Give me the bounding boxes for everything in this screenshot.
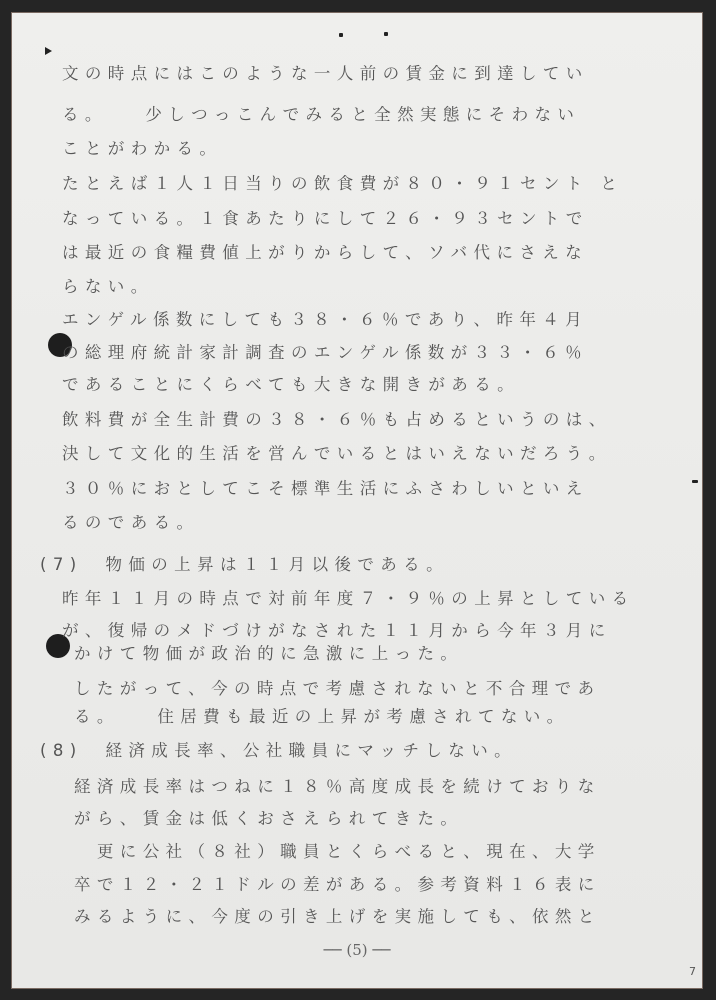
text-line-2: る。 少しつっこんでみると全然実態にそわない xyxy=(62,101,580,125)
corner-mark: 7 xyxy=(689,965,696,978)
text-line-9: の総理府統計家計調査のエンゲル係数が３３・６％ xyxy=(62,339,588,363)
text-line-25: 卒で１２・２１ドルの差がある。参考資料１６表に xyxy=(74,871,601,895)
staple-hole-right xyxy=(384,32,388,36)
text-line-11: 飲料費が全生計費の３８・６％も占めるというのは、 xyxy=(62,406,612,430)
staple-hole-left xyxy=(339,33,343,37)
text-line-18: かけて物価が政治的に急激に上った。 xyxy=(74,640,463,664)
section-heading-7: (7) 物価の上昇は１１月以後である。 xyxy=(40,551,449,575)
text-line-8: エンゲル係数にしても３８・６％であり、昨年４月 xyxy=(62,306,588,330)
text-line-5: なっている。１食あたりにして２６・９３セントで xyxy=(62,205,589,229)
text-line-14: るのである。 xyxy=(62,509,199,533)
text-line-22: 経済成長率はつねに１８％高度成長を続けておりな xyxy=(74,773,601,797)
text-line-1: 文の時点にはこのような一人前の賃金に到達してい xyxy=(62,60,589,84)
text-line-3: ことがわかる。 xyxy=(62,135,222,159)
corner-marker-icon xyxy=(45,47,52,55)
text-line-23: がら、賃金は低くおさえられてきた。 xyxy=(74,805,463,829)
page-number: ── (5) ── xyxy=(12,941,702,959)
text-line-13: ３０％におとしてこそ標準生活にふさわしいといえ xyxy=(62,475,589,499)
text-line-17: が、復帰のメドづけがなされた１１月から今年３月に xyxy=(62,617,612,641)
document-page: 文の時点にはこのような一人前の賃金に到達してい る。 少しつっこんでみると全然実… xyxy=(12,13,702,988)
text-line-12: 決して文化的生活を営んでいるとはいえないだろう。 xyxy=(62,440,612,464)
text-line-24: 更に公社（８社）職員とくらべると、現在、大学 xyxy=(74,838,601,862)
edge-mark xyxy=(692,480,698,483)
text-line-6: は最近の食糧費値上がりからして、ソバ代にさえな xyxy=(62,239,588,263)
text-line-19: したがって、今の時点で考慮されないと不合理であ xyxy=(74,675,600,699)
text-line-7: らない。 xyxy=(62,273,154,297)
text-line-10: であることにくらべても大きな開きがある。 xyxy=(62,371,520,395)
text-line-20: る。 住居費も最近の上昇が考慮されてない。 xyxy=(74,703,570,727)
text-line-16: 昨年１１月の時点で対前年度７・９％の上昇としている xyxy=(62,585,635,609)
text-line-26: みるように、今度の引き上げを実施しても、依然と xyxy=(74,903,601,927)
section-heading-8: (8) 経済成長率、公社職員にマッチしない。 xyxy=(40,737,517,761)
text-line-4: たとえば１人１日当りの飲食費が８０・９１セント と xyxy=(62,170,623,194)
